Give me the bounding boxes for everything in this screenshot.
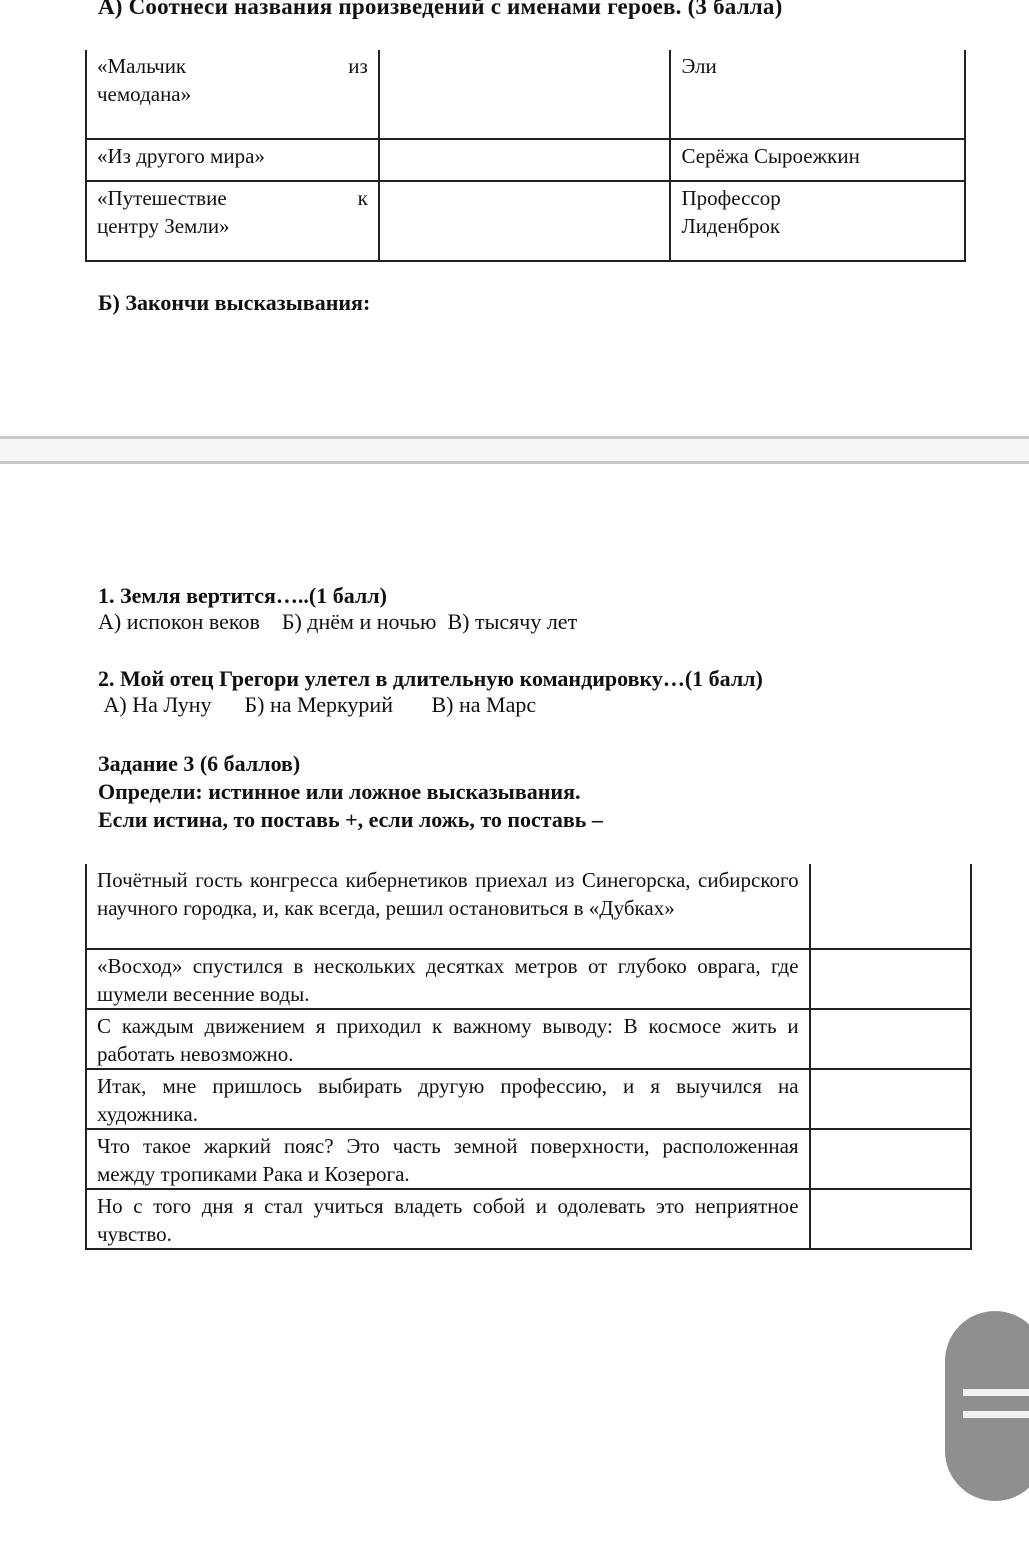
answer-cell[interactable] [379, 181, 671, 261]
hero-cell: Серёжа Сыроежкин [670, 139, 965, 181]
question-2-title: 2. Мой отец Грегори улетел в длительную … [98, 666, 763, 692]
true-false-table: Почётный гость конгресса кибернетиков пр… [85, 864, 972, 1250]
hero-name: Лиденброк [681, 212, 954, 240]
hero-cell: Профессор Лиденброк [670, 181, 965, 261]
table-row: «Мальчикиз чемодана» Эли [86, 50, 965, 139]
statement-cell: Но с того дня я стал учиться владеть соб… [86, 1189, 810, 1249]
statement-cell: Что такое жаркий пояс? Это часть земной … [86, 1129, 810, 1189]
section-b-title: Б) Закончи высказывания: [98, 290, 370, 316]
task-3-instruction: Определи: истинное или ложное высказыван… [98, 778, 603, 806]
work-cell: «Из другого мира» [86, 139, 379, 181]
page-separator [0, 436, 1029, 464]
table-row: Итак, мне пришлось выбирать другую профе… [86, 1069, 971, 1129]
hero-cell: Эли [670, 50, 965, 139]
task-3-header: Задание 3 (6 баллов) Определи: истинное … [98, 750, 603, 834]
statement-cell: «Восход» спустился в нескольких десятках… [86, 949, 810, 1009]
work-title-part: к [358, 184, 368, 212]
matching-table: «Мальчикиз чемодана» Эли «Из другого мир… [85, 50, 966, 262]
hero-name: Эли [681, 52, 954, 80]
work-title-part: «Мальчик [97, 52, 186, 80]
answer-cell[interactable] [810, 864, 971, 949]
table-row: Что такое жаркий пояс? Это часть земной … [86, 1129, 971, 1189]
work-title-part: чемодана» [97, 80, 368, 108]
work-title-part: «Из другого мира» [97, 142, 368, 170]
task-3-title: Задание 3 (6 баллов) [98, 750, 603, 778]
answer-cell[interactable] [810, 949, 971, 1009]
table-row: Но с того дня я стал учиться владеть соб… [86, 1189, 971, 1249]
table-row: «Из другого мира» Серёжа Сыроежкин [86, 139, 965, 181]
answer-cell[interactable] [810, 1009, 971, 1069]
work-title-part: центру Земли» [97, 212, 368, 240]
answer-cell[interactable] [810, 1189, 971, 1249]
question-1-options: А) испокон веков Б) днём и ночью В) тыся… [98, 609, 577, 635]
question-2-options: А) На Луну Б) на Меркурий В) на Марс [98, 692, 763, 718]
question-1: 1. Земля вертится…..(1 балл) А) испокон … [98, 583, 577, 635]
table-row: «Путешествиек центру Земли» Профессор Ли… [86, 181, 965, 261]
hero-name: Профессор [681, 184, 954, 212]
section-a-title: А) Соотнеси названия произведений с имен… [98, 0, 782, 20]
answer-cell[interactable] [810, 1069, 971, 1129]
statement-cell: Почётный гость конгресса кибернетиков пр… [86, 864, 810, 949]
work-title-part: «Путешествие [97, 184, 227, 212]
statement-cell: С каждым движением я приходил к важному … [86, 1009, 810, 1069]
answer-cell[interactable] [379, 139, 671, 181]
work-title-part: из [348, 52, 368, 80]
statement-cell: Итак, мне пришлось выбирать другую профе… [86, 1069, 810, 1129]
hero-name: Серёжа Сыроежкин [681, 142, 954, 170]
table-row: Почётный гость конгресса кибернетиков пр… [86, 864, 971, 949]
table-row: «Восход» спустился в нескольких десятках… [86, 949, 971, 1009]
scroll-handle[interactable] [945, 1311, 1029, 1501]
work-cell: «Мальчикиз чемодана» [86, 50, 379, 139]
table-row: С каждым движением я приходил к важному … [86, 1009, 971, 1069]
answer-cell[interactable] [810, 1129, 971, 1189]
task-3-instruction: Если истина, то поставь +, если ложь, то… [98, 806, 603, 834]
work-cell: «Путешествиек центру Земли» [86, 181, 379, 261]
question-1-title: 1. Земля вертится…..(1 балл) [98, 583, 577, 609]
question-2: 2. Мой отец Грегори улетел в длительную … [98, 666, 763, 718]
answer-cell[interactable] [379, 50, 671, 139]
